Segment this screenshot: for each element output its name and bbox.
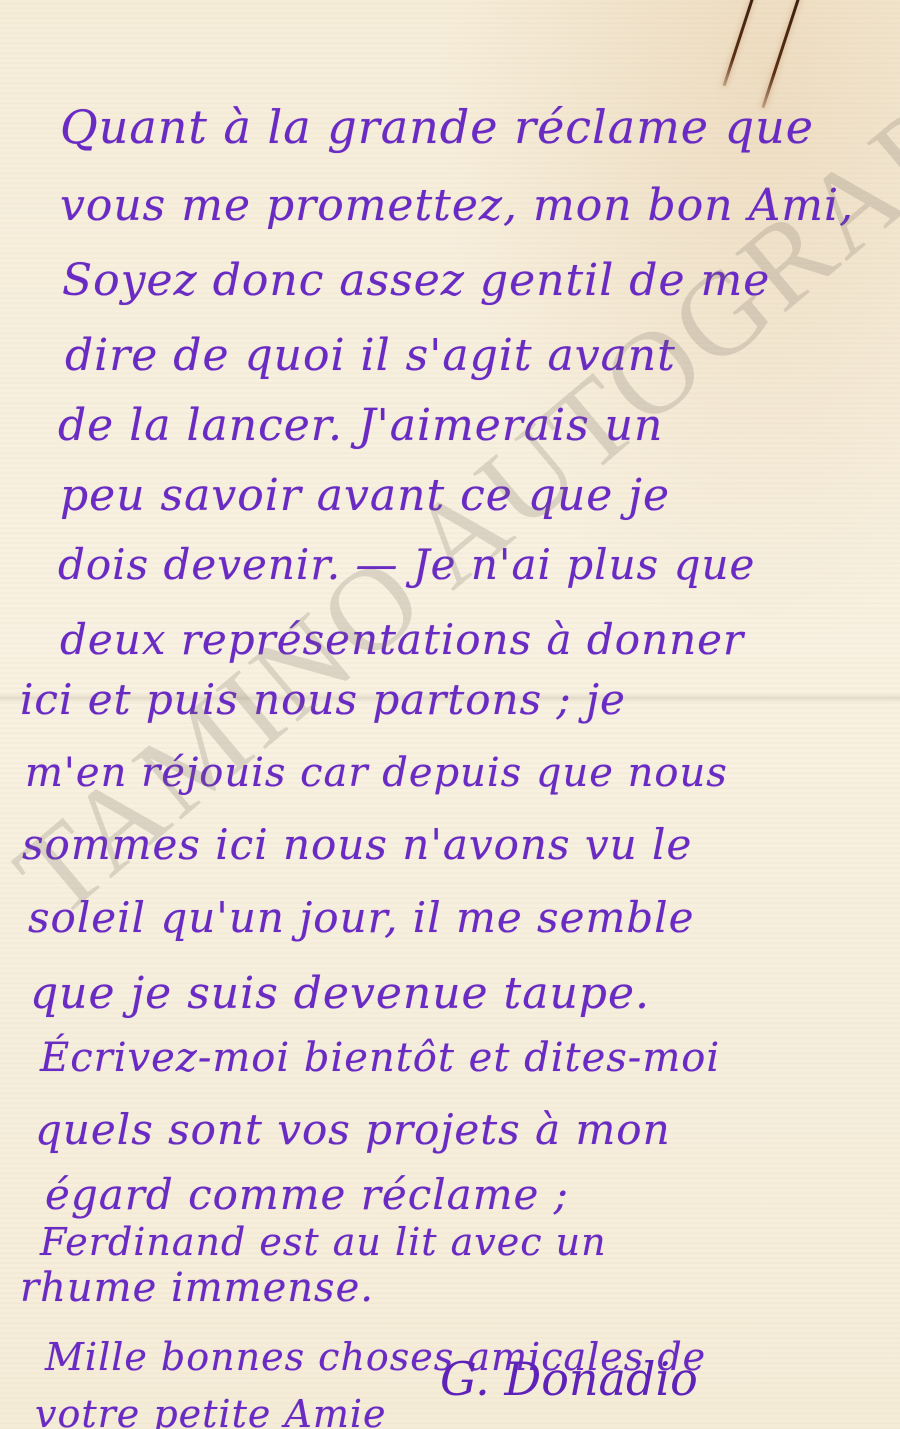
- letter-line: vous me promettez, mon bon Ami,: [60, 180, 854, 231]
- letter-line: dois devenir. — Je n'ai plus que: [58, 540, 755, 589]
- letter-line: peu savoir avant ce que je: [60, 470, 670, 521]
- letter-line: rhume immense.: [20, 1265, 374, 1311]
- letter-line: de la lancer. J'aimerais un: [58, 400, 663, 451]
- letter-line: quels sont vos projets à mon: [35, 1105, 671, 1154]
- letter-line: soleil qu'un jour, il me semble: [28, 893, 694, 942]
- letter-line: égard comme réclame ;: [45, 1170, 569, 1219]
- letter-line: que je suis devenue taupe.: [30, 968, 650, 1019]
- signature: G. Donadio: [440, 1352, 698, 1406]
- letter-line: dire de quoi il s'agit avant: [65, 330, 676, 381]
- letter-line: deux représentations à donner: [60, 615, 744, 664]
- letter-line: votre petite Amie: [35, 1392, 387, 1429]
- letter-line: sommes ici nous n'avons vu le: [22, 820, 692, 869]
- letter-line: Écrivez-moi bientôt et dites-moi: [40, 1035, 720, 1081]
- letter-line: Soyez donc assez gentil de me: [62, 255, 770, 306]
- letter-line: m'en réjouis car depuis que nous: [25, 750, 728, 796]
- letter-line: Quant à la grande réclame que: [60, 100, 814, 154]
- letter-line: Ferdinand est au lit avec un: [40, 1220, 607, 1264]
- letter-line: ici et puis nous partons ; je: [20, 675, 626, 724]
